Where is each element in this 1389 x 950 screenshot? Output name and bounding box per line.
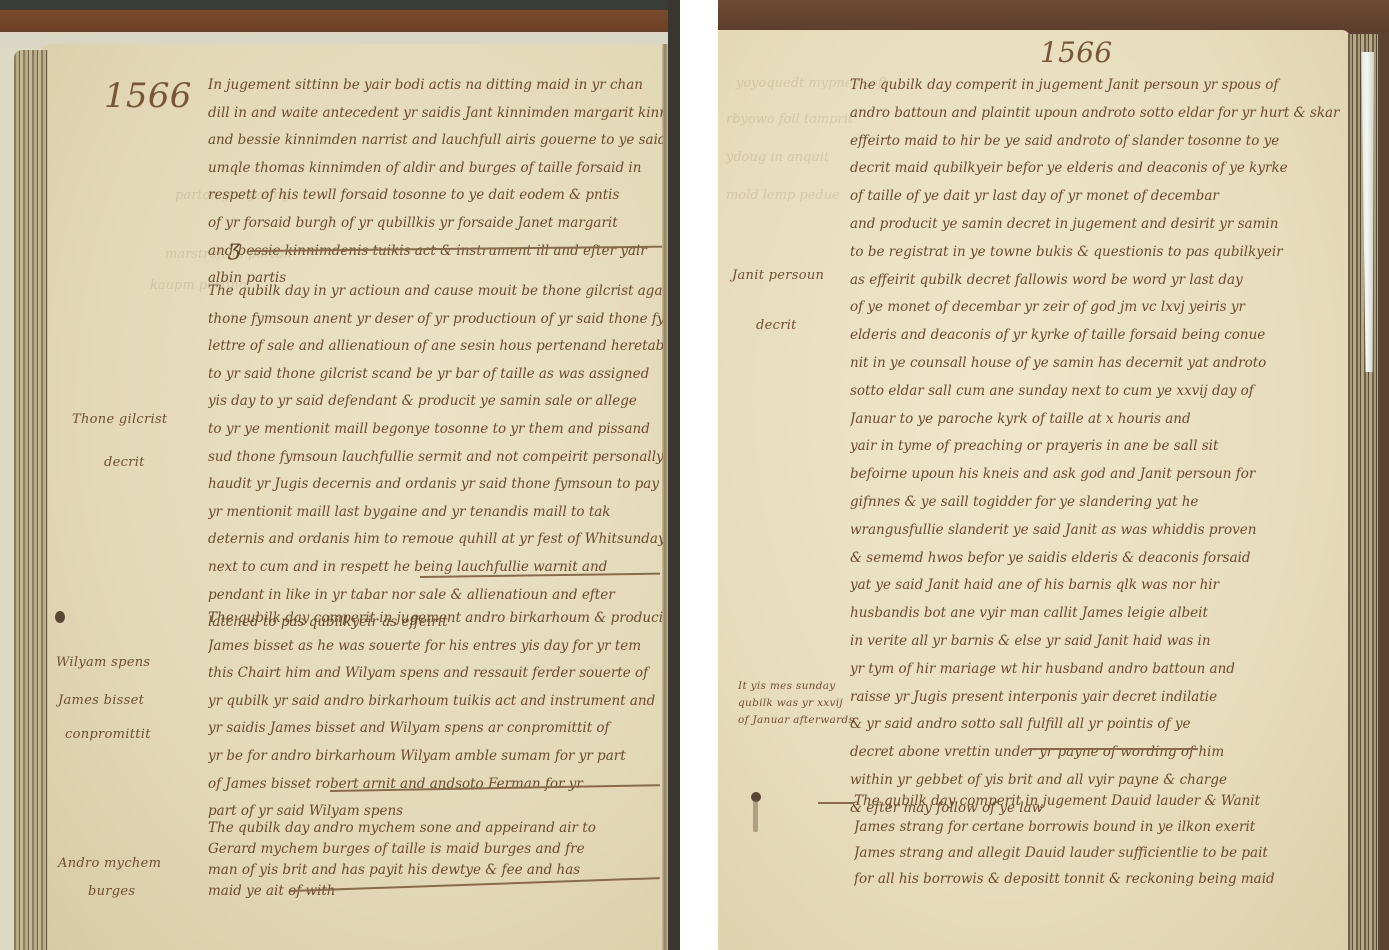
year-heading: 1566 — [104, 76, 192, 116]
margin-note: Andro mychem — [58, 856, 161, 871]
text-line: of yr forsaid burgh of yr qubillkis yr f… — [208, 210, 663, 238]
text-line: and bessie kinnimden narrist and lauchfu… — [208, 127, 663, 155]
text-line: respett of his tewll forsaid tosonne to … — [208, 182, 663, 210]
text-line: umqle thomas kinnimden of aldir and burg… — [208, 155, 663, 183]
text-line: yair in tyme of preaching or prayeris in… — [850, 433, 1340, 461]
bleed-through: rbyowo foll tamprit — [726, 112, 853, 127]
text-line: elderis and deaconis of yr kyrke of tail… — [850, 322, 1340, 350]
notarial-mark: ʒ — [228, 236, 241, 261]
year-heading: 1566 — [1040, 36, 1112, 69]
text-line: Januar to ye paroche kyrk of taille at x… — [850, 406, 1340, 434]
margin-note: conpromittit — [65, 727, 151, 742]
text-line: this Chairt him and Wilyam spens and res… — [208, 660, 663, 688]
margin-note: of Januar afterwards — [738, 714, 854, 726]
text-line: and bessie kinnimdenis tuikis act & inst… — [208, 238, 663, 266]
text-line: in verite all yr barnis & else yr said J… — [850, 628, 1340, 656]
text-line: as effeirit qubilk decret fallowis word … — [850, 267, 1340, 295]
leather-binding — [718, 0, 1389, 32]
text-line: man of yis brit and has payit his dewtye… — [208, 860, 663, 881]
text-line: The qubilk day andro mychem sone and app… — [208, 818, 663, 839]
bleed-through: mold lemp pedue — [726, 188, 840, 203]
text-line: The qubilk day comperit in jugement Daui… — [854, 788, 1344, 814]
text-line: James strang and allegit Dauid lauder su… — [854, 840, 1344, 866]
paragraph-stroke — [818, 802, 854, 804]
text-line: to yr ye mentionit maill begonye tosonne… — [208, 416, 663, 444]
ink-blot — [55, 611, 65, 623]
text-line: Gerard mychem burges of taille is maid b… — [208, 839, 663, 860]
text-line: James strang for certane borrowis bound … — [854, 814, 1344, 840]
entry-rule — [1028, 748, 1198, 750]
margin-note: Janit persoun — [732, 268, 824, 283]
image-edge — [668, 0, 680, 950]
text-line: sud thone fymsoun lauchfullie sermit and… — [208, 444, 663, 472]
ink-stain — [753, 800, 758, 832]
margin-note: burges — [88, 884, 135, 899]
bleed-through: ydoug in anquit — [726, 150, 829, 165]
text-line: of ye monet of decembar yr zeir of god j… — [850, 294, 1340, 322]
text-line: husbandis bot ane vyir man callit James … — [850, 600, 1340, 628]
entry-2: The qubilk day comperit in jugement Daui… — [854, 788, 1344, 892]
margin-note: decrit — [104, 455, 145, 470]
leather-binding — [0, 10, 680, 34]
text-line: yr mentionit maill last bygaine and yr t… — [208, 499, 663, 527]
text-line: andro battoun and plaintit upoun androto… — [850, 100, 1340, 128]
entry-3: The qubilk day comperit in jugement andr… — [208, 605, 663, 826]
text-line: The qubilk day in yr actioun and cause m… — [208, 278, 663, 306]
entry-4: The qubilk day andro mychem sone and app… — [208, 818, 663, 902]
text-line: gifnnes & ye saill togidder for ye sland… — [850, 489, 1340, 517]
text-line: The qubilk day comperit in jugement andr… — [208, 605, 663, 633]
page-edges — [14, 50, 48, 950]
margin-note: Thone gilcrist — [72, 412, 167, 427]
text-line: lettre of sale and allienatioun of ane s… — [208, 333, 663, 361]
text-line: decret abone vrettin under yr payne of w… — [850, 739, 1340, 767]
margin-note: James bisset — [58, 693, 144, 708]
text-line: next to cum and in respett he being lauc… — [208, 554, 663, 582]
text-line: decrit maid qubilkyeir befor ye elderis … — [850, 155, 1340, 183]
entry-1: The qubilk day comperit in jugement Jani… — [850, 72, 1340, 823]
text-line: effeirto maid to hir be ye said androto … — [850, 128, 1340, 156]
text-line: & sememd hwos befor ye saidis elderis & … — [850, 545, 1340, 573]
text-line: to yr said thone gilcrist scand be yr ba… — [208, 361, 663, 389]
text-line: The qubilk day comperit in jugement Jani… — [850, 72, 1340, 100]
text-line: James bisset as he was souerte for his e… — [208, 633, 663, 661]
text-line: yr tym of hir mariage wt hir husband and… — [850, 656, 1340, 684]
text-line: nit in ye counsall house of ye samin has… — [850, 350, 1340, 378]
text-line: befoirne upoun his kneis and ask god and… — [850, 461, 1340, 489]
text-line: haudit yr Jugis decernis and ordanis yr … — [208, 471, 663, 499]
entry-1: In jugement sittinn be yair bodi actis n… — [208, 72, 663, 293]
text-line: In jugement sittinn be yair bodi actis n… — [208, 72, 663, 100]
text-line: to be registrat in ye towne bukis & ques… — [850, 239, 1340, 267]
text-line: yr saidis James bisset and Wilyam spens … — [208, 715, 663, 743]
text-line: raisse yr Jugis present interponis yair … — [850, 684, 1340, 712]
text-line: of taille of ye dait yr last day of yr m… — [850, 183, 1340, 211]
text-line: yr be for andro birkarhoum Wilyam amble … — [208, 743, 663, 771]
entry-2: The qubilk day in yr actioun and cause m… — [208, 278, 663, 637]
text-line: yis day to yr said defendant & producit … — [208, 388, 663, 416]
text-line: & yr said andro sotto sall fulfill all y… — [850, 711, 1340, 739]
separator — [680, 0, 718, 950]
margin-note: qubilk was yr xxvij — [738, 697, 843, 709]
left-page-scan: parton yes yating marstroft in porton ka… — [0, 0, 680, 950]
text-line: for all his borrowis & depositt tonnit &… — [854, 866, 1344, 892]
right-page-scan: yoyoquedt mypnes soft rbyowo foll tampri… — [718, 0, 1389, 950]
text-line: yat ye said Janit haid ane of his barnis… — [850, 572, 1340, 600]
text-line: deternis and ordanis him to remoue quhil… — [208, 526, 663, 554]
text-line: dill in and waite antecedent yr saidis J… — [208, 100, 663, 128]
text-line: wrangusfullie slanderit ye said Janit as… — [850, 517, 1340, 545]
margin-note: decrit — [756, 318, 797, 333]
text-line: thone fymsoun anent yr deser of yr produ… — [208, 306, 663, 334]
text-line: sotto eldar sall cum ane sunday next to … — [850, 378, 1340, 406]
margin-note: It yis mes sunday — [738, 680, 836, 692]
margin-note: Wilyam spens — [56, 655, 150, 670]
text-line: and producit ye samin decret in jugement… — [850, 211, 1340, 239]
text-line: yr qubilk yr said andro birkarhoum tuiki… — [208, 688, 663, 716]
text-line: of James bisset robert arnit and andsoto… — [208, 771, 663, 799]
